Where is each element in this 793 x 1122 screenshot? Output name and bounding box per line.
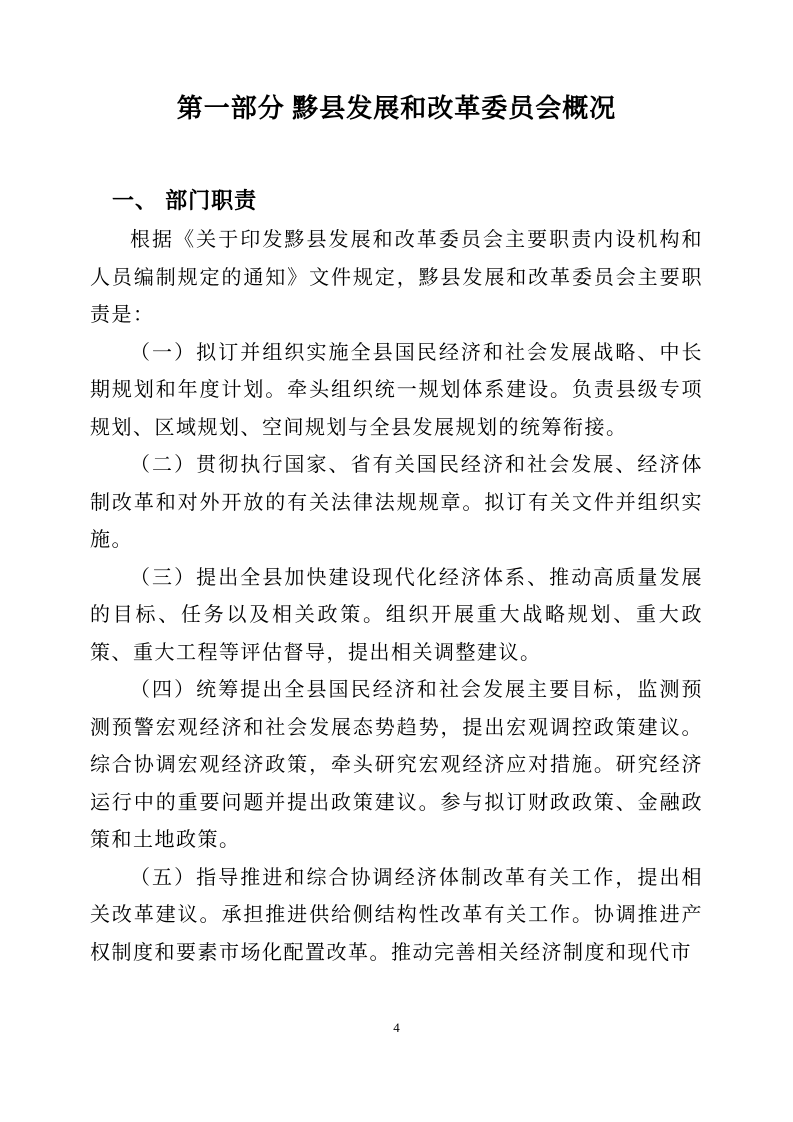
document-page: 第一部分 黟县发展和改革委员会概况 一、 部门职责 根据《关于印发黟县发展和改革…: [0, 0, 793, 1122]
page-number: 4: [0, 1020, 793, 1036]
document-content: 一、 部门职责 根据《关于印发黟县发展和改革委员会主要职责内设机构和人员编制规定…: [90, 187, 703, 972]
body-paragraph: （二）贯彻执行国家、省有关国民经济和社会发展、经济体制改革和对外开放的有关法律法…: [90, 447, 703, 560]
body-paragraph: （五）指导推进和综合协调经济体制改革有关工作，提出相关改革建议。承担推进供给侧结…: [90, 860, 703, 973]
body-paragraph: （三）提出全县加快建设现代化经济体系、推动高质量发展的目标、任务以及相关政策。组…: [90, 560, 703, 673]
body-paragraph: （四）统筹提出全县国民经济和社会发展主要目标，监测预测预警宏观经济和社会发展态势…: [90, 672, 703, 860]
body-paragraph: （一）拟订并组织实施全县国民经济和社会发展战略、中长期规划和年度计划。牵头组织统…: [90, 335, 703, 448]
document-title: 第一部分 黟县发展和改革委员会概况: [0, 0, 793, 126]
body-paragraph: 根据《关于印发黟县发展和改革委员会主要职责内设机构和人员编制规定的通知》文件规定…: [90, 222, 703, 335]
body-text-block: 根据《关于印发黟县发展和改革委员会主要职责内设机构和人员编制规定的通知》文件规定…: [90, 222, 703, 972]
section-heading: 一、 部门职责: [90, 187, 703, 215]
